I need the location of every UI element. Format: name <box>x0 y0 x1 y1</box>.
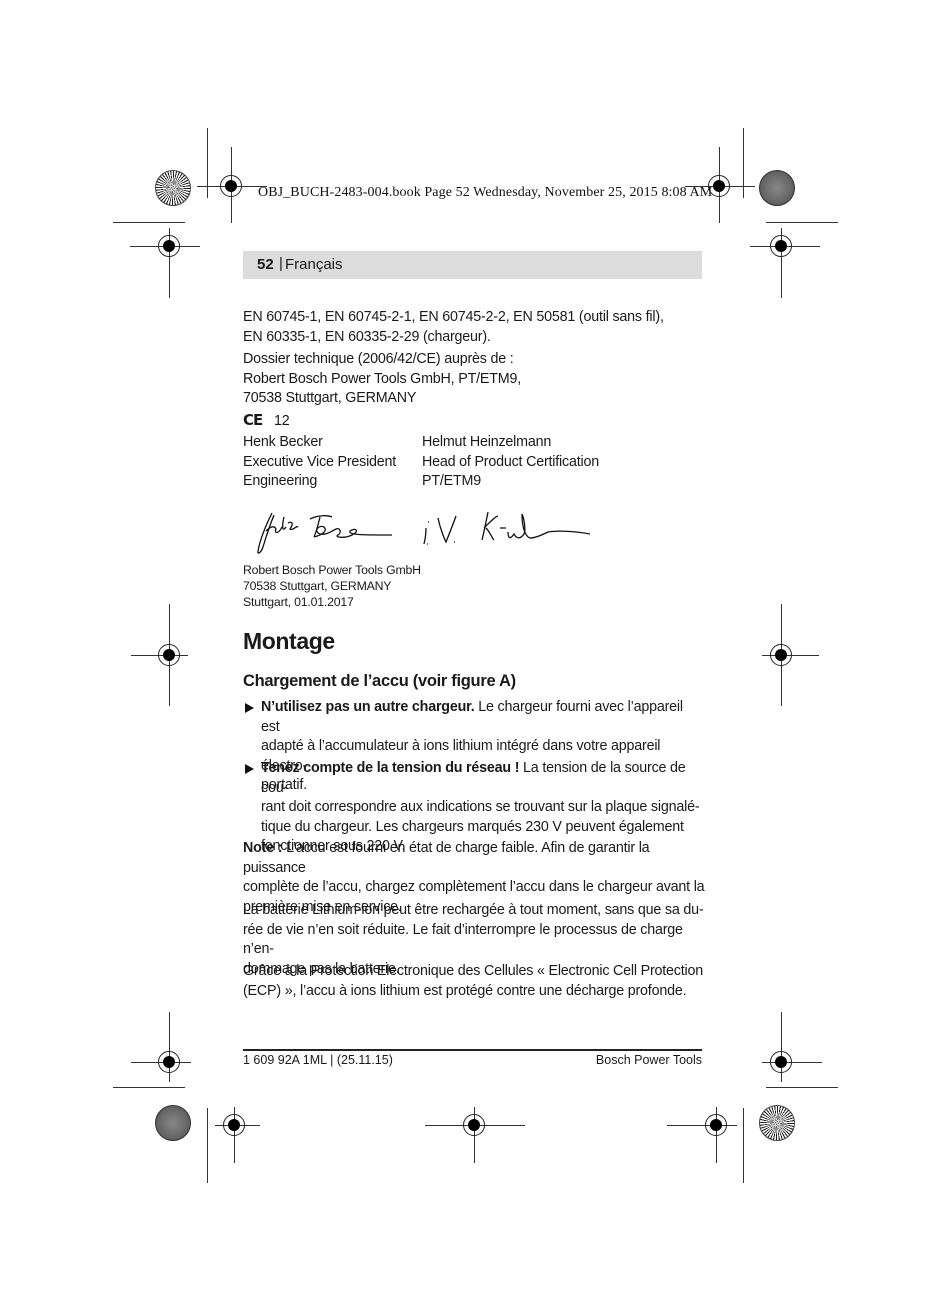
footer-brand: Bosch Power Tools <box>596 1053 702 1067</box>
signatories: Henk Becker Executive Vice President Eng… <box>243 433 713 492</box>
standards-line: EN 60745-1, EN 60745-2-1, EN 60745-2-2, … <box>243 308 713 328</box>
registration-mark-icon <box>770 644 792 666</box>
bullet-text: rant doit correspondre aux indications s… <box>261 799 699 815</box>
page-number: 52 <box>257 256 274 273</box>
company-line: Robert Bosch Power Tools GmbH <box>243 562 713 578</box>
registration-mark-icon <box>220 175 242 197</box>
color-calibration-disc-top-left <box>155 170 191 206</box>
signatory-2: Helmut Heinzelmann Head of Product Certi… <box>422 433 599 492</box>
standards-line: EN 60335-1, EN 60335-2-29 (chargeur). <box>243 328 713 348</box>
note-label: Note : <box>243 840 282 856</box>
gray-calibration-disc-bottom-left <box>155 1105 191 1141</box>
crop-mark <box>207 128 208 198</box>
paragraph-line: Grâce à la Protection Electronique des C… <box>243 962 713 982</box>
bullet-emphasis: N’utilisez pas un autre chargeur. <box>261 699 474 715</box>
registration-mark-icon <box>158 644 180 666</box>
running-header: 52 | Français <box>243 251 702 279</box>
crop-mark <box>766 1087 838 1088</box>
company-line: 70538 Stuttgart, GERMANY <box>243 578 713 594</box>
company-line: Stuttgart, 01.01.2017 <box>243 594 713 610</box>
standards-list: EN 60745-1, EN 60745-2-1, EN 60745-2-2, … <box>243 308 713 347</box>
registration-mark-icon <box>770 235 792 257</box>
registration-mark-icon <box>158 1051 180 1073</box>
crop-mark <box>743 128 744 198</box>
paragraph-line: (ECP) », l’accu à ions lithium est proté… <box>243 982 713 1002</box>
crop-mark <box>743 1108 744 1183</box>
registration-mark-icon <box>463 1114 485 1136</box>
bullet-triangle-icon <box>245 764 254 774</box>
section-title: Montage <box>243 628 335 655</box>
ecp-paragraph: Grâce à la Protection Electronique des C… <box>243 962 713 1001</box>
registration-mark-icon <box>705 1114 727 1136</box>
color-calibration-disc-bottom-right <box>759 1105 795 1141</box>
signatory-name: Helmut Heinzelmann <box>422 433 599 453</box>
crop-mark <box>113 1087 185 1088</box>
footer-document-number: 1 609 92A 1ML | (25.11.15) <box>243 1053 393 1067</box>
technical-file-line: 70538 Stuttgart, GERMANY <box>243 389 713 409</box>
technical-file-line: Robert Bosch Power Tools GmbH, PT/ETM9, <box>243 370 713 390</box>
header-language: Français <box>285 256 343 273</box>
bullet-emphasis: Tenez compte de la tension du réseau ! <box>261 760 519 776</box>
print-slug: OBJ_BUCH-2483-004.book Page 52 Wednesday… <box>258 185 712 201</box>
signatory-title: Head of Product Certification <box>422 453 599 473</box>
crop-mark <box>113 222 185 223</box>
signatory-department: PT/ETM9 <box>422 472 599 492</box>
paragraph-line: rée de vie n’en soit réduite. Le fait d’… <box>243 921 713 960</box>
bullet-text: tique du chargeur. Les chargeurs marqués… <box>261 819 684 835</box>
note-text: L’accu est fourni en état de charge faib… <box>243 840 649 876</box>
signature-henk-becker <box>252 505 397 557</box>
technical-file-block: Dossier technique (2006/42/CE) auprès de… <box>243 350 713 409</box>
bullet-triangle-icon <box>245 703 254 713</box>
crop-mark <box>766 222 838 223</box>
header-separator: | <box>279 255 283 272</box>
footer-rule <box>243 1049 702 1051</box>
ce-marking: CE 12 <box>243 411 713 432</box>
technical-file-line: Dossier technique (2006/42/CE) auprès de… <box>243 350 713 370</box>
ce-year: 12 <box>274 413 290 429</box>
note-text: complète de l’accu, chargez complètement… <box>243 878 713 898</box>
gray-calibration-disc-top-right <box>759 170 795 206</box>
signature-helmut-heinzelmann <box>420 508 595 548</box>
registration-mark-icon <box>223 1114 245 1136</box>
subsection-title: Chargement de l’accu (voir figure A) <box>243 672 516 691</box>
registration-mark-icon <box>158 235 180 257</box>
crop-mark <box>207 1108 208 1183</box>
registration-mark-icon <box>770 1051 792 1073</box>
ce-mark-icon: CE <box>243 411 262 429</box>
company-block: Robert Bosch Power Tools GmbH 70538 Stut… <box>243 562 713 611</box>
paragraph-line: La batterie Lithium-ion peut être rechar… <box>243 901 713 921</box>
